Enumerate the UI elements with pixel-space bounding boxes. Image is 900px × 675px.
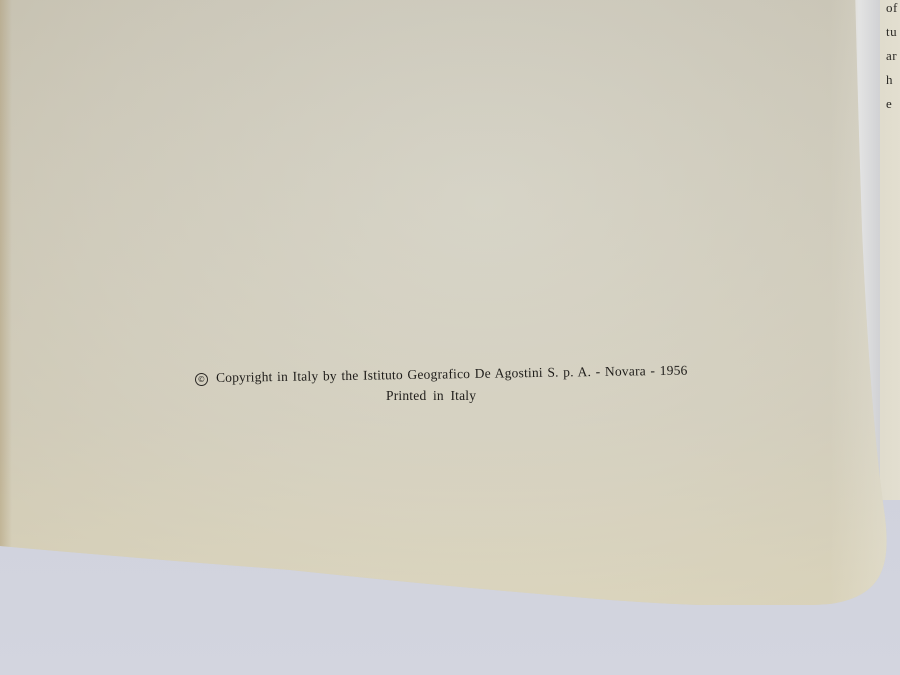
next-page-fragment: e — [886, 92, 900, 116]
next-page-fragment: of — [886, 0, 900, 20]
book-page — [0, 0, 890, 605]
next-page-fragment: h — [886, 68, 900, 92]
page-tint — [0, 0, 890, 605]
copyright-notice: © Copyright in Italy by the Istituto Geo… — [195, 370, 755, 404]
printed-in-italy: Printed in Italy — [386, 388, 755, 404]
next-page-fragment: ar — [886, 44, 900, 68]
next-page-text-fragments: of tu ar h e — [886, 0, 900, 116]
page-left-edge — [0, 0, 12, 550]
copyright-line: © Copyright in Italy by the Istituto Geo… — [195, 370, 755, 386]
next-page-fragment: tu — [886, 20, 900, 44]
copyright-icon: © — [195, 373, 208, 386]
